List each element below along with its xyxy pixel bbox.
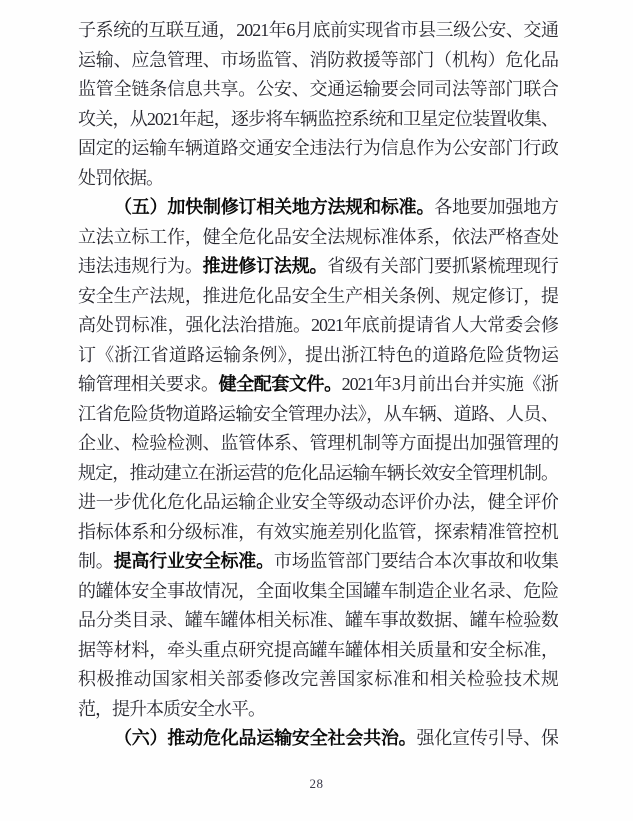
- text-line: （五）加快制修订相关地方法规和标准。各地要加强地方: [78, 193, 558, 223]
- text-segment: 范，提升本质安全水平。: [78, 699, 265, 719]
- text-segment: 江省危险货物道路运输安全管理办法》，从车辆、道路、人员、: [78, 404, 558, 424]
- text-line: 的罐体安全事故情况，全面收集全国罐车制造企业名录、危险: [78, 577, 558, 607]
- text-segment: 固定的运输车辆道路交通安全违法行为信息作为公安部门行政: [78, 138, 558, 158]
- text-segment: 立法立标工作，健全危化品安全法规标准体系，依法严格查处: [78, 227, 558, 247]
- text-segment: 市场监管部门要结合本次事故和收集: [274, 551, 558, 571]
- bold-text-segment: （六）推动危化品运输安全社会共治。: [114, 728, 416, 748]
- text-segment: 强化宣传引导、保: [416, 728, 558, 748]
- text-segment: 进一步优化危化品运输企业安全等级动态评价办法，健全评价: [78, 492, 558, 512]
- text-segment: 品分类目录、罐车罐体相关标准、罐车事故数据、罐车检验数: [78, 610, 558, 630]
- text-segment: 的罐体安全事故情况，全面收集全国罐车制造企业名录、危险: [78, 581, 558, 601]
- text-segment: 运输、应急管理、市场监管、消防救援等部门（机构）危化品: [78, 50, 558, 70]
- text-segment: 2021年3月前出台并实施《浙: [342, 374, 558, 394]
- text-line: 进一步优化危化品运输企业安全等级动态评价办法，健全评价: [78, 488, 558, 518]
- text-line: 立法立标工作，健全危化品安全法规标准体系，依法严格查处: [78, 223, 558, 253]
- text-line: 规定，推动建立在浙运营的危化品运输车辆长效安全管理机制。: [78, 459, 558, 489]
- text-line: 积极推动国家相关部委修改完善国家标准和相关检验技术规: [78, 665, 558, 695]
- text-line: 制。提高行业安全标准。市场监管部门要结合本次事故和收集: [78, 547, 558, 577]
- text-segment: 订《浙江省道路运输条例》，提出浙江特色的道路危险货物运: [78, 345, 558, 365]
- text-segment: 指标体系和分级标准，有效实施差别化监管，探索精准管控机: [78, 522, 558, 542]
- bold-text-segment: 提高行业安全标准。: [114, 551, 274, 571]
- text-line: 攻关，从2021年起，逐步将车辆监控系统和卫星定位装置收集、: [78, 105, 558, 135]
- text-line: （六）推动危化品运输安全社会共治。强化宣传引导、保: [78, 724, 558, 754]
- text-segment: 高处罚标准，强化法治措施。2021年底前提请省人大常委会修: [78, 315, 558, 335]
- text-line: 品分类目录、罐车罐体相关标准、罐车事故数据、罐车检验数: [78, 606, 558, 636]
- text-segment: 各地要加强地方: [434, 197, 558, 217]
- page-text: 子系统的互联互通，2021年6月底前实现省市县三级公安、交通运输、应急管理、市场…: [78, 16, 558, 754]
- text-line: 范，提升本质安全水平。: [78, 695, 558, 725]
- text-line: 高处罚标准，强化法治措施。2021年底前提请省人大常委会修: [78, 311, 558, 341]
- text-line: 违法违规行为。推进修订法规。省级有关部门要抓紧梳理现行: [78, 252, 558, 282]
- text-segment: 省级有关部门要抓紧梳理现行: [327, 256, 558, 276]
- text-segment: 处罚依据。: [78, 168, 163, 188]
- text-line: 监管全链条信息共享。公安、交通运输要会同司法等部门联合: [78, 75, 558, 105]
- document-page: 子系统的互联互通，2021年6月底前实现省市县三级公安、交通运输、应急管理、市场…: [0, 0, 633, 821]
- text-segment: 输管理相关要求。: [78, 374, 219, 394]
- text-segment: 规定，推动建立在浙运营的危化品运输车辆长效安全管理机制。: [78, 463, 558, 483]
- text-segment: 违法违规行为。: [78, 256, 203, 276]
- text-line: 子系统的互联互通，2021年6月底前实现省市县三级公安、交通: [78, 16, 558, 46]
- text-line: 输管理相关要求。健全配套文件。2021年3月前出台并实施《浙: [78, 370, 558, 400]
- text-segment: 制。: [78, 551, 114, 571]
- text-line: 固定的运输车辆道路交通安全违法行为信息作为公安部门行政: [78, 134, 558, 164]
- page-number: 28: [0, 776, 633, 792]
- text-segment: 企业、检验检测、监管体系、管理机制等方面提出加强管理的: [78, 433, 558, 453]
- text-line: 处罚依据。: [78, 164, 558, 194]
- text-segment: 据等材料，牵头重点研究提高罐车罐体相关质量和安全标准，: [78, 640, 558, 660]
- text-line: 运输、应急管理、市场监管、消防救援等部门（机构）危化品: [78, 46, 558, 76]
- bold-text-segment: 健全配套文件。: [219, 374, 342, 394]
- text-segment: 攻关，从2021年起，逐步将车辆监控系统和卫星定位装置收集、: [78, 109, 558, 129]
- text-line: 据等材料，牵头重点研究提高罐车罐体相关质量和安全标准，: [78, 636, 558, 666]
- text-line: 订《浙江省道路运输条例》，提出浙江特色的道路危险货物运: [78, 341, 558, 371]
- bold-text-segment: （五）加快制修订相关地方法规和标准。: [114, 197, 434, 217]
- text-line: 安全生产法规，推进危化品安全生产相关条例、规定修订，提: [78, 282, 558, 312]
- text-segment: 积极推动国家相关部委修改完善国家标准和相关检验技术规: [78, 669, 558, 689]
- text-segment: 监管全链条信息共享。公安、交通运输要会同司法等部门联合: [78, 79, 558, 99]
- bold-text-segment: 推进修订法规。: [203, 256, 328, 276]
- text-line: 江省危险货物道路运输安全管理办法》，从车辆、道路、人员、: [78, 400, 558, 430]
- text-segment: 安全生产法规，推进危化品安全生产相关条例、规定修订，提: [78, 286, 558, 306]
- text-line: 企业、检验检测、监管体系、管理机制等方面提出加强管理的: [78, 429, 558, 459]
- text-segment: 子系统的互联互通，2021年6月底前实现省市县三级公安、交通: [78, 20, 558, 40]
- text-line: 指标体系和分级标准，有效实施差别化监管，探索精准管控机: [78, 518, 558, 548]
